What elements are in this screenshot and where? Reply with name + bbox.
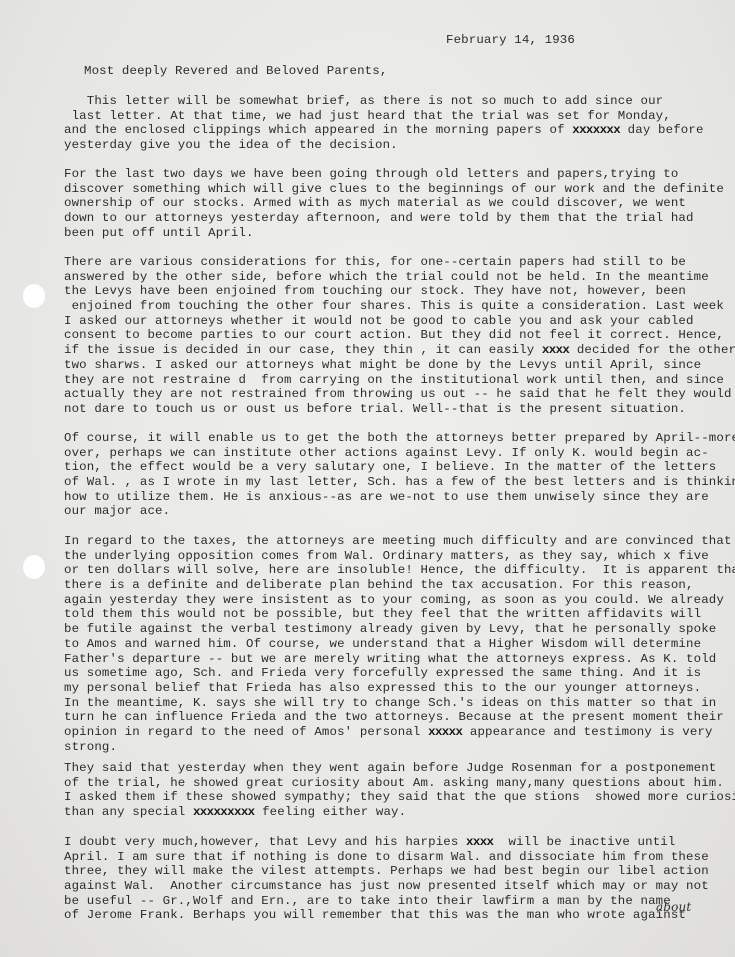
text-line: over, perhaps we can institute other act…	[64, 446, 735, 461]
text-line: Of course, it will enable us to get the …	[64, 431, 735, 446]
text-line: us sometime ago, Sch. and Frieda very fo…	[64, 666, 735, 681]
handwritten-annotation: about	[656, 900, 691, 915]
text-line: In regard to the taxes, the attorneys ar…	[64, 534, 735, 549]
text-line: I asked our attorneys whether it would n…	[64, 314, 735, 329]
text-line: told them this would not be possible, bu…	[64, 607, 735, 622]
text-line: opinion in regard to the need of Amos' p…	[64, 725, 735, 740]
text-line: There are various considerations for thi…	[64, 255, 735, 270]
text-line: down to our attorneys yesterday afternoo…	[64, 211, 724, 226]
salutation: Most deeply Revered and Beloved Parents,	[84, 64, 387, 79]
text-line: turn he can influence Frieda and the two…	[64, 710, 735, 725]
text-line: and the enclosed clippings which appeare…	[64, 123, 704, 138]
paragraph-4: Of course, it will enable us to get the …	[64, 431, 735, 519]
text-line: of the trial, he showed great curiosity …	[64, 776, 735, 791]
text-line: our major ace.	[64, 504, 735, 519]
letter-date: February 14, 1936	[446, 33, 575, 48]
text-line: be useful -- Gr.,Wolf and Ern., are to t…	[64, 894, 709, 909]
text-line: I asked them if these showed sympathy; t…	[64, 790, 735, 805]
text-line: two sharws. I asked our attorneys what m…	[64, 358, 735, 373]
paragraph-1: This letter will be somewhat brief, as t…	[64, 94, 704, 153]
punch-hole	[23, 555, 45, 579]
text-line: the underlying opposition comes from Wal…	[64, 549, 735, 564]
text-line: my personal belief that Frieda has also …	[64, 681, 735, 696]
text-line: last letter. At that time, we had just h…	[64, 109, 704, 124]
punch-hole	[23, 284, 45, 308]
text-line: been put off until April.	[64, 226, 724, 241]
paragraph-6: They said that yesterday when they went …	[64, 761, 735, 820]
text-line: there is a definite and deliberate plan …	[64, 578, 735, 593]
text-line: if the issue is decided in our case, the…	[64, 343, 735, 358]
text-line: I doubt very much,however, that Levy and…	[64, 835, 709, 850]
text-line: They said that yesterday when they went …	[64, 761, 735, 776]
text-line: For the last two days we have been going…	[64, 167, 724, 182]
paragraph-2: For the last two days we have been going…	[64, 167, 724, 240]
paragraph-5: In regard to the taxes, the attorneys ar…	[64, 534, 735, 754]
text-line: enjoined from touching the other four sh…	[64, 299, 735, 314]
text-line: they are not restraine d from carrying o…	[64, 373, 735, 388]
text-line: to Amos and warned him. Of course, we un…	[64, 637, 735, 652]
text-line: against Wal. Another circumstance has ju…	[64, 879, 709, 894]
text-line: discover something which will give clues…	[64, 182, 724, 197]
text-line: strong.	[64, 740, 735, 755]
text-line: not dare to touch us or oust us before t…	[64, 402, 735, 417]
text-line: tion, the effect would be a very salutar…	[64, 460, 735, 475]
text-line: how to utilize them. He is anxious--as a…	[64, 490, 735, 505]
text-line: of Jerome Frank. Berhaps you will rememb…	[64, 908, 709, 923]
text-line: than any special xxxxxxxxx feeling eithe…	[64, 805, 735, 820]
text-line: three, they will make the vilest attempt…	[64, 864, 709, 879]
text-line: In the meantime, K. says she will try to…	[64, 696, 735, 711]
text-line: April. I am sure that if nothing is done…	[64, 850, 709, 865]
text-line: This letter will be somewhat brief, as t…	[64, 94, 704, 109]
text-line: or ten dollars will solve, here are inso…	[64, 563, 735, 578]
text-line: Father's departure -- but we are merely …	[64, 652, 735, 667]
text-line: answered by the other side, before which…	[64, 270, 735, 285]
text-line: ownership of our stocks. Armed with as m…	[64, 196, 724, 211]
text-line: the Levys have been enjoined from touchi…	[64, 284, 735, 299]
letter-page: February 14, 1936 Most deeply Revered an…	[0, 0, 735, 957]
text-line: of Wal. , as I wrote in my last letter, …	[64, 475, 735, 490]
text-line: be futile against the verbal testimony a…	[64, 622, 735, 637]
text-line: consent to become parties to our court a…	[64, 328, 735, 343]
paragraph-7: I doubt very much,however, that Levy and…	[64, 835, 709, 923]
text-line: actually they are not restrained from th…	[64, 387, 735, 402]
text-line: yesterday give you the idea of the decis…	[64, 138, 704, 153]
text-line: again yesterday they were insistent as t…	[64, 593, 735, 608]
paragraph-3: There are various considerations for thi…	[64, 255, 735, 417]
